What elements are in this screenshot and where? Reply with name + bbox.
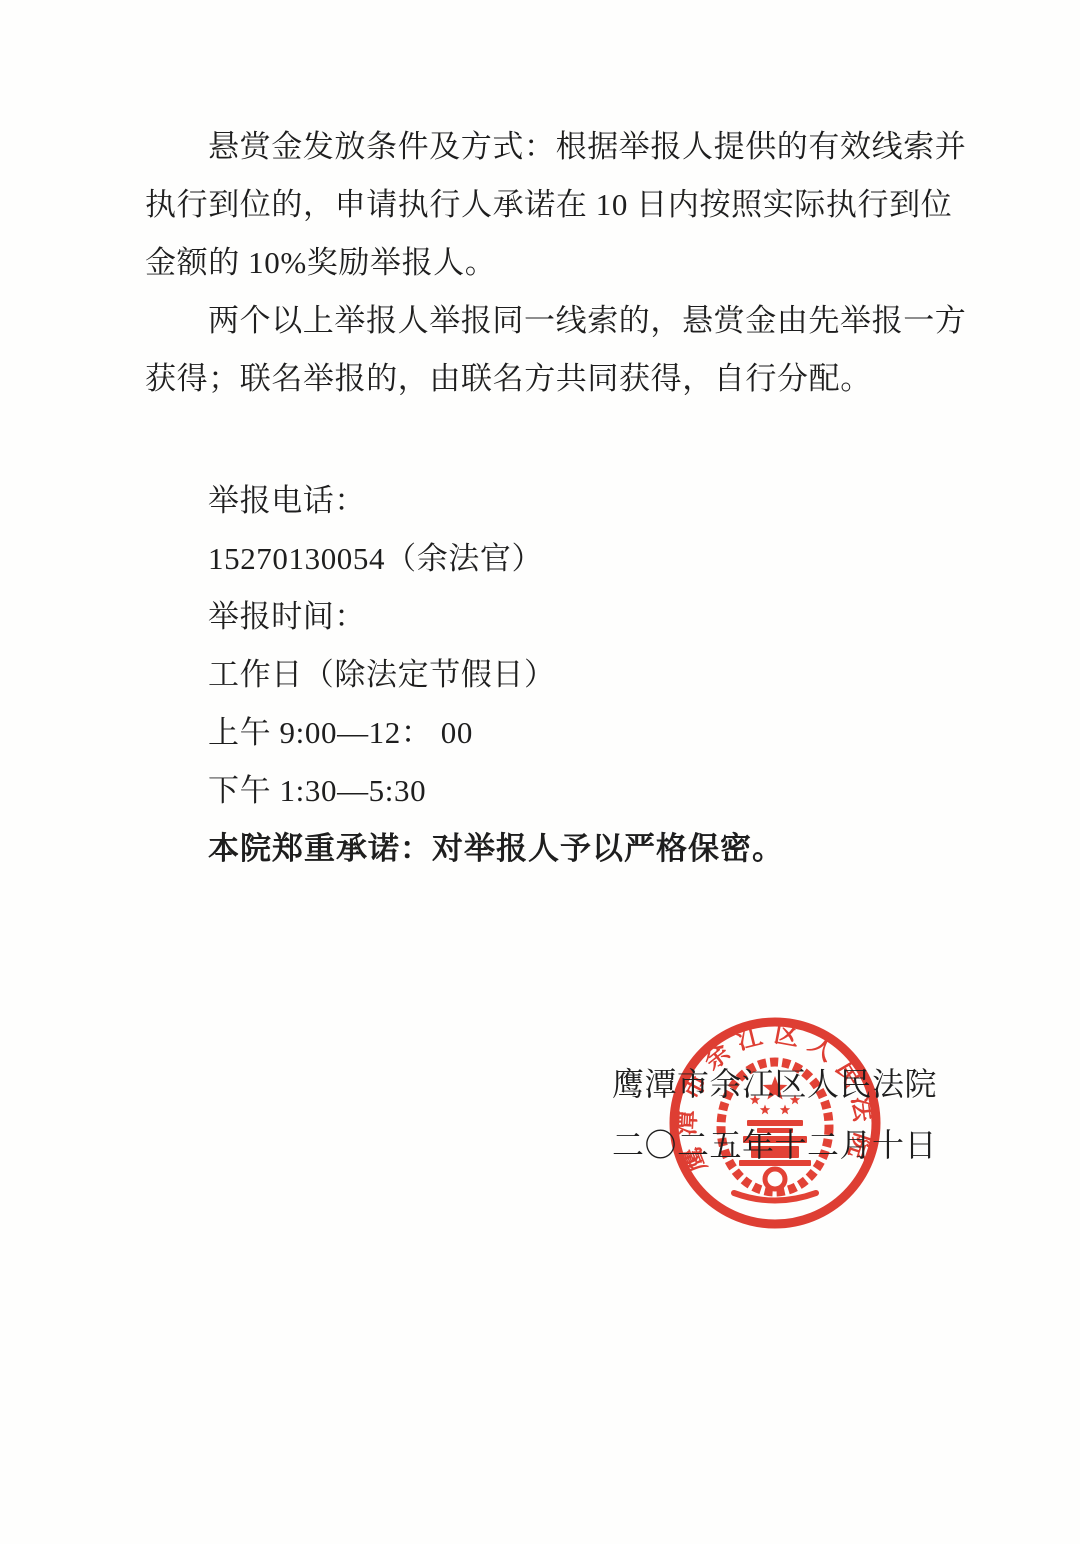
paragraph-line: 悬赏金发放条件及方式：根据举报人提供的有效线索并 [145, 118, 955, 176]
paragraph-line: 执行到位的，申请执行人承诺在 10 日内按照实际执行到位 [145, 176, 955, 234]
report-morning-hours: 上午 9:00—12： 00 [145, 704, 955, 762]
report-phone-label: 举报电话： [145, 472, 955, 530]
court-name: 鹰潭市余江区人民法院 [612, 1054, 937, 1115]
report-time-label: 举报时间： [145, 588, 955, 646]
confidentiality-promise: 本院郑重承诺：对举报人予以严格保密。 [145, 820, 955, 878]
signature-block: 鹰潭市余江区人民法院 二〇二五年十二月十日 [612, 1054, 937, 1176]
paragraph-line: 金额的 10%奖励举报人。 [145, 234, 955, 292]
report-afternoon-hours: 下午 1:30—5:30 [145, 762, 955, 820]
document-body: 悬赏金发放条件及方式：根据举报人提供的有效线索并 执行到位的，申请执行人承诺在 … [145, 118, 955, 878]
paragraph-line: 获得；联名举报的，由联名方共同获得，自行分配。 [145, 350, 955, 408]
paragraph-line: 两个以上举报人举报同一线索的，悬赏金由先举报一方 [145, 292, 955, 350]
document-page: 悬赏金发放条件及方式：根据举报人提供的有效线索并 执行到位的，申请执行人承诺在 … [0, 0, 1080, 1544]
report-workdays: 工作日（除法定节假日） [145, 646, 955, 704]
report-phone-number: 15270130054（余法官） [145, 530, 955, 588]
signature-date: 二〇二五年十二月十日 [612, 1115, 937, 1176]
